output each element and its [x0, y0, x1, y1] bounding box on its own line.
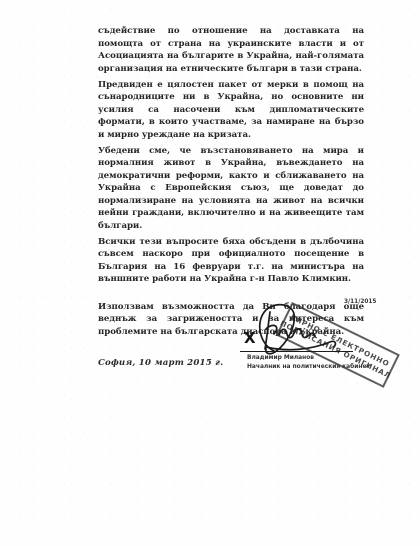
received-date: 3/11/2015 [344, 299, 376, 305]
handwritten-signature [253, 299, 341, 359]
signer-name: Владимир Миланов [247, 355, 314, 361]
paragraph-1: съдействие по отношение на доставката на… [98, 25, 364, 75]
signature-line [240, 351, 353, 352]
signature-tail-stroke [266, 341, 335, 349]
signature-scribble-stroke [279, 329, 315, 338]
paragraph-2: Предвиден е цялостен пакет от мерки в по… [98, 79, 364, 142]
scanned-letter-page: съдействие по отношение на доставката на… [0, 0, 420, 546]
signature-letter-stroke [265, 312, 277, 349]
paragraph-3: Убедени сме, че възстановяването на мира… [98, 145, 364, 233]
paragraph-4: Всички тези въпросите бяха обсъдени в дъ… [98, 236, 364, 286]
signer-title: Началник на политическия кабинет [247, 364, 370, 370]
